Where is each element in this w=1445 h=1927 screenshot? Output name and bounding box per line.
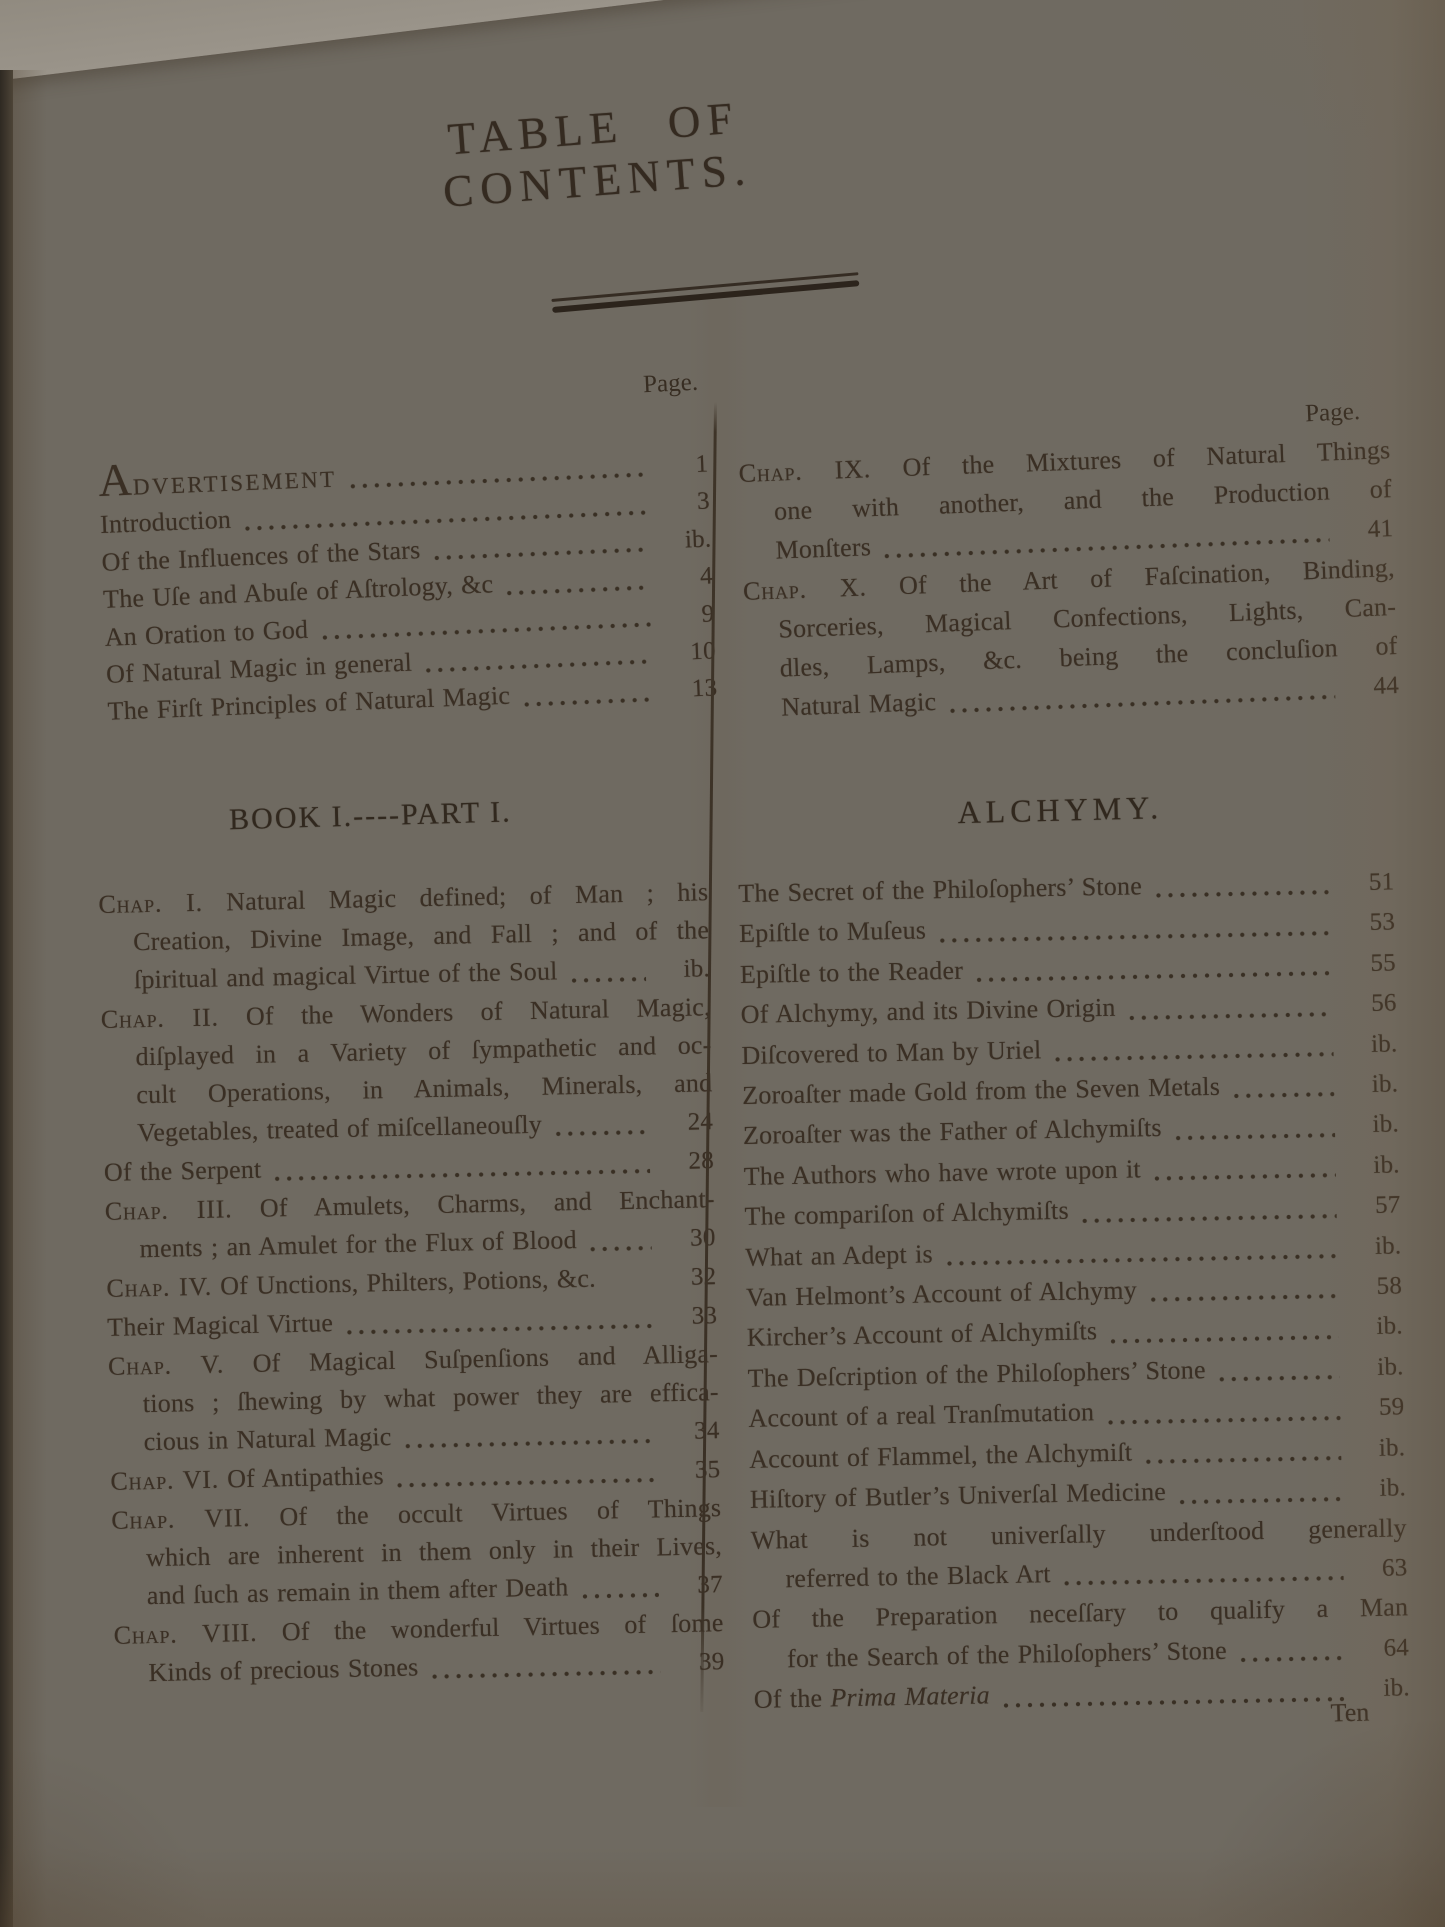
leader-dots <box>1216 1373 1340 1384</box>
page-number: 41 <box>1336 509 1393 550</box>
text-segment: tions ; ſhewing by what power they are e… <box>143 1377 719 1418</box>
entry-text: The compariſon of Alchymiſts <box>744 1191 1069 1237</box>
text-segment: Kinds of precious Stones <box>148 1652 419 1687</box>
page-number: 37 <box>666 1566 723 1605</box>
entry-text: Chap. III. Of Amulets, Charms, and Encha… <box>105 1184 715 1226</box>
text-segment: ſpiritual and magical Virtue of the Soul <box>134 956 558 994</box>
text-segment: Creation, Divine Image, and Fall ; and o… <box>133 915 709 956</box>
text-segment: Chap. VIII. <box>113 1618 257 1650</box>
text-segment: Zoroaſter was the Father of Alchymiſts <box>743 1113 1162 1150</box>
text-segment: Of the occult Virtues of Things <box>250 1493 722 1532</box>
text-segment: Of Magical Suſpenſions and Alliga- <box>224 1339 718 1378</box>
toc-entry: Of the Preparation neceſſary to qualify … <box>752 1588 1409 1680</box>
text-segment: Vegetables, treated of miſcellaneouſly <box>137 1110 542 1147</box>
text-segment: An Oration to God <box>104 614 309 651</box>
text-segment: Of the Wonders of Natural Magic, <box>218 992 711 1031</box>
page-number: ib. <box>1350 1468 1407 1508</box>
page-number: ib. <box>655 521 712 560</box>
text-segment: Introduction <box>100 505 232 539</box>
leader-dots <box>429 1667 661 1681</box>
leader-dots <box>520 695 654 709</box>
entry-text: for the Search of the Philoſophers’ Ston… <box>787 1630 1228 1678</box>
leader-dots <box>1147 1292 1338 1305</box>
page-number: 39 <box>668 1643 725 1682</box>
entry-text: Of the Prima Materia <box>753 1675 990 1719</box>
leader-dots <box>343 1321 653 1336</box>
text-segment: cult Operations, in Animals, Minerals, a… <box>136 1068 712 1109</box>
entry-text: Chap. VI. Of Antipathies <box>110 1457 384 1501</box>
leader-dots <box>1061 1574 1344 1588</box>
text-segment: Of Antipathies <box>219 1461 384 1493</box>
text-segment: Their Magical Virtue <box>107 1308 333 1342</box>
page-number: ib. <box>1349 1428 1406 1468</box>
entry-text: Chap. VIII. Of the wonderful Virtues of … <box>113 1608 723 1650</box>
leader-dots <box>1107 1332 1339 1345</box>
page-number: 9 <box>658 596 715 635</box>
text-segment: Monſters <box>775 532 871 564</box>
leader-dots <box>1052 1050 1334 1064</box>
toc-entry: Chap. II. Of the Wonders of Natural Magi… <box>100 988 713 1154</box>
page-number: 64 <box>1353 1628 1410 1668</box>
page-number: 57 <box>1344 1186 1401 1226</box>
leader-dots <box>1079 1211 1337 1225</box>
text-segment: Epiſtle to Muſeus <box>739 916 926 949</box>
page-number: 4 <box>656 559 713 598</box>
leader-dots <box>1176 1494 1342 1506</box>
text-segment: Of Alchymy, and its Divine Origin <box>740 993 1115 1029</box>
page-number: 44 <box>1342 666 1399 707</box>
left-chapter-list: Chap. I. Natural Magic defined; of Man ;… <box>98 873 725 1694</box>
text-segment: The Secret of the Philoſophers’ Stone <box>738 871 1142 908</box>
page-number: 10 <box>659 633 716 672</box>
entry-text: Epiſtle to the Reader <box>740 951 964 995</box>
text-segment: A <box>97 454 133 506</box>
page-number: 32 <box>660 1258 717 1297</box>
text-segment: Natural Magic defined; of Man ; his <box>203 877 709 917</box>
text-segment: Natural Magic <box>781 687 937 722</box>
text-segment: DVERTISEMENT <box>132 466 337 499</box>
book-page-photo: TABLE OF CONTENTS. Page. ADVERTISEMENT1I… <box>0 0 1445 1927</box>
entry-text: cious in Natural Magic <box>143 1418 392 1461</box>
page-number: 63 <box>1351 1548 1408 1588</box>
page-number: 33 <box>661 1297 718 1336</box>
entry-text: referred to the Black Art <box>785 1554 1051 1598</box>
page-left-edge <box>0 70 13 1927</box>
page-number: ib. <box>1343 1105 1400 1145</box>
entry-text: Hiſtory of Butler’s Univerſal Medicine <box>750 1472 1167 1519</box>
page-number: ib. <box>653 950 710 989</box>
text-segment: Van Helmont’s Account of Alchymy <box>746 1275 1137 1311</box>
text-segment: Of Unctions, Philters, Potions, &c. <box>212 1264 596 1301</box>
toc-entry: Chap. VIII. Of the wonderful Virtues of … <box>113 1604 724 1694</box>
entry-text: Creation, Divine Image, and Fall ; and o… <box>133 915 709 956</box>
text-segment: What is not univerſally underſtood gener… <box>751 1513 1407 1555</box>
text-segment: referred to the Black Art <box>785 1559 1051 1593</box>
leader-dots <box>606 1282 653 1292</box>
leader-dots <box>587 1243 652 1253</box>
page-number: 3 <box>653 484 710 523</box>
text-segment: Kircher’s Account of Alchymiſts <box>747 1317 1098 1353</box>
text-segment: Of Amulets, Charms, and Enchant- <box>232 1184 715 1223</box>
text-segment: and ſuch as remain in them after Death <box>147 1572 569 1610</box>
front-matter-list: ADVERTISEMENT1Introduction3Of the Influe… <box>98 446 718 732</box>
catchword: Ten <box>1300 1697 1401 1730</box>
entry-text: cult Operations, in Animals, Minerals, a… <box>136 1068 712 1109</box>
entry-text: Kircher’s Account of Alchymiſts <box>747 1312 1098 1358</box>
leader-dots <box>402 1436 656 1450</box>
toc-entry: Chap. III. Of Amulets, Charms, and Encha… <box>104 1180 715 1270</box>
text-segment: Chap. I. <box>98 888 203 919</box>
entry-text: Monſters <box>775 527 872 569</box>
entry-text: Account of a real Tranſmutation <box>748 1393 1094 1439</box>
text-segment: Of the wonderful Virtues of ſome <box>257 1608 724 1647</box>
page-number: ib. <box>1341 1024 1398 1064</box>
page-number: ib. <box>1342 1064 1399 1104</box>
page-number: 55 <box>1339 943 1396 983</box>
leader-dots <box>1172 1130 1335 1142</box>
text-segment: Diſcovered to Man by Uriel <box>741 1035 1042 1070</box>
toc-entry: What is not univerſally underſtood gener… <box>750 1508 1407 1600</box>
text-segment: Account of Flammel, the Alchymiſt <box>749 1437 1133 1473</box>
right-chapter-list: Chap. IX. Of the Mixtures of Natural Thi… <box>738 430 1400 729</box>
page-number: ib. <box>1346 1307 1403 1347</box>
text-segment: Chap. IV. <box>106 1272 212 1303</box>
toc-entry: Chap. VII. Of the occult Virtues of Thin… <box>111 1489 723 1617</box>
leader-dots <box>1142 1454 1341 1467</box>
text-segment: Chap. X. <box>743 572 868 606</box>
entry-text: The Authors who have wrote upon it <box>743 1149 1141 1196</box>
page-number: 58 <box>1346 1266 1403 1306</box>
leader-dots <box>973 969 1332 985</box>
toc-entry: Chap. V. Of Magical Suſpenſions and Alli… <box>108 1335 720 1463</box>
leader-dots <box>1237 1654 1345 1665</box>
entry-text: What an Adept is <box>745 1234 933 1277</box>
entry-text: What is not univerſally underſtood gener… <box>751 1513 1407 1555</box>
text-segment: The Authors who have wrote upon it <box>744 1154 1142 1191</box>
leader-dots <box>272 1167 651 1184</box>
entry-text: which are inherent in them only in their… <box>146 1531 722 1572</box>
leader-dots <box>394 1475 657 1489</box>
entry-text: Their Magical Virtue <box>107 1304 334 1347</box>
entry-text: Van Helmont’s Account of Alchymy <box>746 1270 1137 1317</box>
leader-dots <box>579 1590 659 1601</box>
page-number: 59 <box>1348 1388 1405 1428</box>
text-segment: The compariſon of Alchymiſts <box>744 1196 1069 1231</box>
leader-dots <box>1151 1171 1336 1184</box>
leader-dots <box>943 1252 1338 1269</box>
page-number: 35 <box>664 1451 721 1490</box>
text-segment: Of the <box>754 1684 831 1714</box>
page-number: 34 <box>663 1412 720 1451</box>
leader-dots <box>1000 1694 1346 1710</box>
text-segment: ments ; an Amulet for the Flux of Blood <box>139 1225 577 1263</box>
page-number: ib. <box>1347 1347 1404 1387</box>
text-segment: Epiſtle to the Reader <box>740 956 964 989</box>
text-segment: Zoroaſter made Gold from the Seven Metal… <box>742 1072 1220 1110</box>
page-number: 24 <box>657 1103 714 1142</box>
page-number: 51 <box>1338 862 1395 902</box>
leader-dots <box>1230 1090 1334 1101</box>
page-left-edge-shadow <box>13 70 47 1927</box>
text-segment: which are inherent in them only in their… <box>146 1531 722 1572</box>
leader-dots <box>503 583 649 598</box>
text-segment: Chap. VI. <box>110 1465 219 1496</box>
entry-text: Of Alchymy, and its Divine Origin <box>740 988 1116 1035</box>
toc-entry: Chap. X. Of the Art of Faſcination, Bind… <box>742 548 1399 729</box>
text-segment: Account of a real Tranſmutation <box>748 1398 1094 1434</box>
page-number: 1 <box>652 447 709 486</box>
leader-dots <box>568 975 647 986</box>
text-segment: Chap. II. <box>100 1003 219 1034</box>
text-segment: Of the Preparation neceſſary to qualify … <box>752 1593 1408 1635</box>
entry-text: Epiſtle to Muſeus <box>739 911 927 954</box>
leader-dots <box>431 545 648 563</box>
leader-dots <box>1152 888 1331 900</box>
leader-dots <box>1126 1009 1333 1022</box>
text-segment: Of the Serpent <box>104 1155 262 1187</box>
text-segment: What an Adept is <box>745 1239 933 1272</box>
entry-text: Natural Magic <box>781 682 937 727</box>
text-segment: Chap. VII. <box>111 1503 251 1535</box>
leader-dots <box>936 928 1331 945</box>
page-number: 13 <box>661 671 718 710</box>
leader-dots <box>552 1128 649 1139</box>
toc-entry: Chap. I. Natural Magic defined; of Man ;… <box>98 873 710 1001</box>
page-number: ib. <box>1345 1226 1402 1266</box>
text-segment: Chap. III. <box>105 1194 233 1226</box>
text-segment: Chap. V. <box>108 1349 225 1380</box>
entry-text: The Secret of the Philoſophers’ Stone <box>738 866 1142 913</box>
entry-text: Kinds of precious Stones <box>148 1648 419 1692</box>
leader-dots <box>1104 1413 1340 1427</box>
page-number: 53 <box>1339 903 1396 943</box>
alchymy-entry-list: The Secret of the Philoſophers’ Stone51E… <box>738 861 1410 1720</box>
entry-text: Of the Serpent <box>104 1151 262 1192</box>
page-number: 56 <box>1340 984 1397 1024</box>
text-segment: cious in Natural Magic <box>143 1422 391 1456</box>
text-segment: Chap. IX. <box>738 454 871 488</box>
entry-text: Introduction <box>100 502 232 544</box>
entry-text: Of the Preparation neceſſary to qualify … <box>752 1593 1408 1635</box>
text-segment: for the Search of the Philoſophers’ Ston… <box>787 1635 1227 1672</box>
entry-text: Account of Flammel, the Alchymiſt <box>749 1432 1133 1479</box>
entry-text: tions ; ſhewing by what power they are e… <box>143 1377 719 1418</box>
text-segment: Hiſtory of Butler’s Univerſal Medicine <box>750 1477 1167 1514</box>
page-number: ib. <box>1343 1145 1400 1185</box>
entry-text: Zoroaſter was the Father of Alchymiſts <box>743 1108 1162 1155</box>
text-segment: Prima Materia <box>830 1680 990 1712</box>
entry-text: Diſcovered to Man by Uriel <box>741 1030 1042 1075</box>
text-segment: The Deſcription of the Philoſophers’ Sto… <box>747 1355 1206 1393</box>
